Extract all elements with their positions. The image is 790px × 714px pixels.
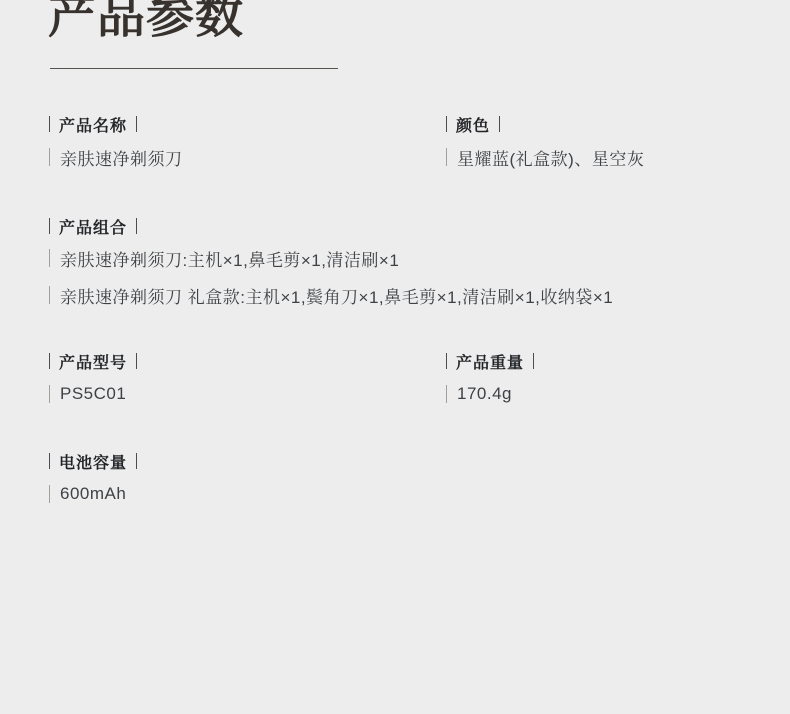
label-bar-left: [49, 353, 50, 369]
value-bar: [49, 286, 50, 304]
label-bar-left: [49, 218, 50, 234]
field-product-name: 产品名称 亲肤速净剃须刀: [49, 114, 446, 169]
field-value: 亲肤速净剃须刀: [60, 145, 183, 170]
label-bar-right: [136, 353, 137, 369]
field-label-line: 产品名称: [49, 114, 446, 134]
value-bar: [49, 485, 50, 503]
field-value-line: 亲肤速净剃须刀:主机×1,鼻毛剪×1,清洁刷×1: [49, 246, 770, 270]
field-product-combo: 产品组合 亲肤速净剃须刀:主机×1,鼻毛剪×1,清洁刷×1 亲肤速净剃须刀 礼盒…: [49, 216, 770, 307]
spec-row-model-weight: 产品型号 PS5C01 产品重量 170.4g: [49, 351, 770, 406]
title-divider: [50, 68, 338, 69]
field-value: 亲肤速净剃须刀 礼盒款:主机×1,鬓角刀×1,鼻毛剪×1,清洁刷×1,收纳袋×1: [60, 283, 613, 308]
field-label: 颜色: [456, 113, 490, 136]
field-value-line: 600mAh: [49, 482, 446, 506]
value-bar: [49, 249, 50, 267]
value-bar: [49, 385, 50, 403]
field-value: 亲肤速净剃须刀:主机×1,鼻毛剪×1,清洁刷×1: [60, 246, 399, 271]
field-product-model: 产品型号 PS5C01: [49, 351, 446, 406]
value-bar: [446, 385, 447, 403]
field-value-line: 星耀蓝(礼盒款)、星空灰: [446, 145, 770, 169]
label-bar-left: [446, 353, 447, 369]
field-value: 星耀蓝(礼盒款)、星空灰: [457, 145, 644, 170]
field-color: 颜色 星耀蓝(礼盒款)、星空灰: [446, 114, 770, 169]
field-label-line: 颜色: [446, 114, 770, 134]
spec-row-name-color: 产品名称 亲肤速净剃须刀 颜色 星耀蓝(礼盒款)、星空灰: [49, 114, 770, 169]
field-value-line: 亲肤速净剃须刀 礼盒款:主机×1,鬓角刀×1,鼻毛剪×1,清洁刷×1,收纳袋×1: [49, 283, 770, 307]
product-specs-page: 产品参数 产品名称 亲肤速净剃须刀 颜色 星耀蓝(礼盒款)、星空灰: [0, 0, 790, 714]
field-value: 600mAh: [60, 484, 126, 504]
field-label: 产品型号: [59, 350, 127, 373]
field-label: 产品名称: [59, 113, 127, 136]
label-bar-right: [136, 116, 137, 132]
field-product-weight: 产品重量 170.4g: [446, 351, 770, 406]
field-value-line: 亲肤速净剃须刀: [49, 145, 446, 169]
label-bar-right: [499, 116, 500, 132]
field-label: 产品重量: [456, 350, 524, 373]
field-label-line: 产品组合: [49, 216, 770, 236]
value-bar: [446, 148, 447, 166]
field-label-line: 产品型号: [49, 351, 446, 371]
page-title: 产品参数: [48, 0, 244, 41]
value-bar: [49, 148, 50, 166]
label-bar-right: [533, 353, 534, 369]
field-value: 170.4g: [457, 384, 512, 404]
field-value-line: 170.4g: [446, 382, 770, 406]
field-label: 电池容量: [59, 450, 127, 473]
field-value-line: PS5C01: [49, 382, 446, 406]
field-label: 产品组合: [59, 215, 127, 238]
label-bar-left: [446, 116, 447, 132]
label-bar-right: [136, 218, 137, 234]
field-value: PS5C01: [60, 384, 126, 404]
spec-row-combo: 产品组合 亲肤速净剃须刀:主机×1,鼻毛剪×1,清洁刷×1 亲肤速净剃须刀 礼盒…: [49, 216, 770, 307]
label-bar-left: [49, 453, 50, 469]
field-label-line: 电池容量: [49, 451, 446, 471]
label-bar-right: [136, 453, 137, 469]
label-bar-left: [49, 116, 50, 132]
spec-row-battery: 电池容量 600mAh: [49, 451, 770, 506]
field-label-line: 产品重量: [446, 351, 770, 371]
field-battery-capacity: 电池容量 600mAh: [49, 451, 446, 506]
